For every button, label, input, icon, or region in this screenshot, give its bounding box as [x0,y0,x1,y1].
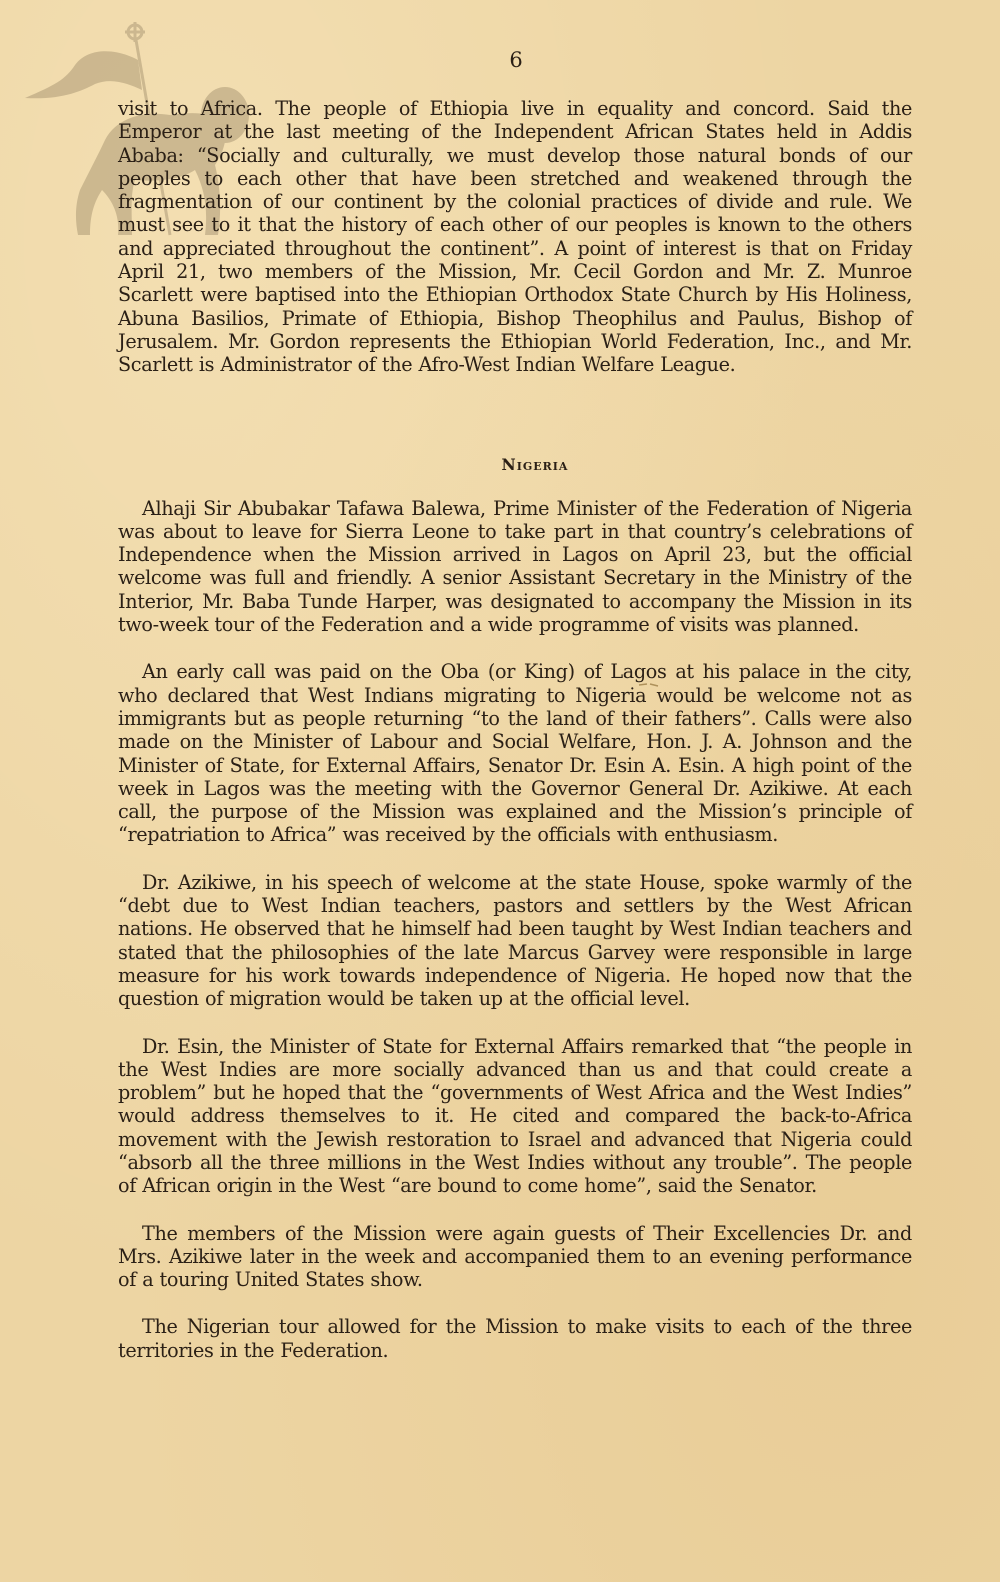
text-column: visit to Africa. The people of Ethiopia … [118,97,912,1362]
paragraph-excellencies-guests: The members of the Mission were again gu… [118,1222,912,1292]
paper-stain-mark [638,682,660,687]
paragraph-oba-of-lagos: An early call was paid on the Oba (or Ki… [118,660,912,846]
page-number: 6 [0,46,1000,74]
paragraph-nigerian-tour: The Nigerian tour allowed for the Missio… [118,1315,912,1362]
paragraph-esin-remarks: Dr. Esin, the Minister of State for Exte… [118,1035,912,1198]
document-page: 6 visit to Africa. The people of Ethiopi… [0,0,1000,1582]
nigeria-section: Nigeria Alhaji Sir Abubakar Tafawa Balew… [118,453,912,1363]
paragraph-ethiopia-continuation: visit to Africa. The people of Ethiopia … [118,97,912,377]
section-spacer [118,377,912,453]
section-heading-nigeria: Nigeria [138,453,932,477]
paragraph-azikiwe-speech: Dr. Azikiwe, in his speech of welcome at… [118,871,912,1011]
paragraph-nigeria-arrival: Alhaji Sir Abubakar Tafawa Balewa, Prime… [118,497,912,637]
ethiopia-continuation-section: visit to Africa. The people of Ethiopia … [118,97,912,377]
